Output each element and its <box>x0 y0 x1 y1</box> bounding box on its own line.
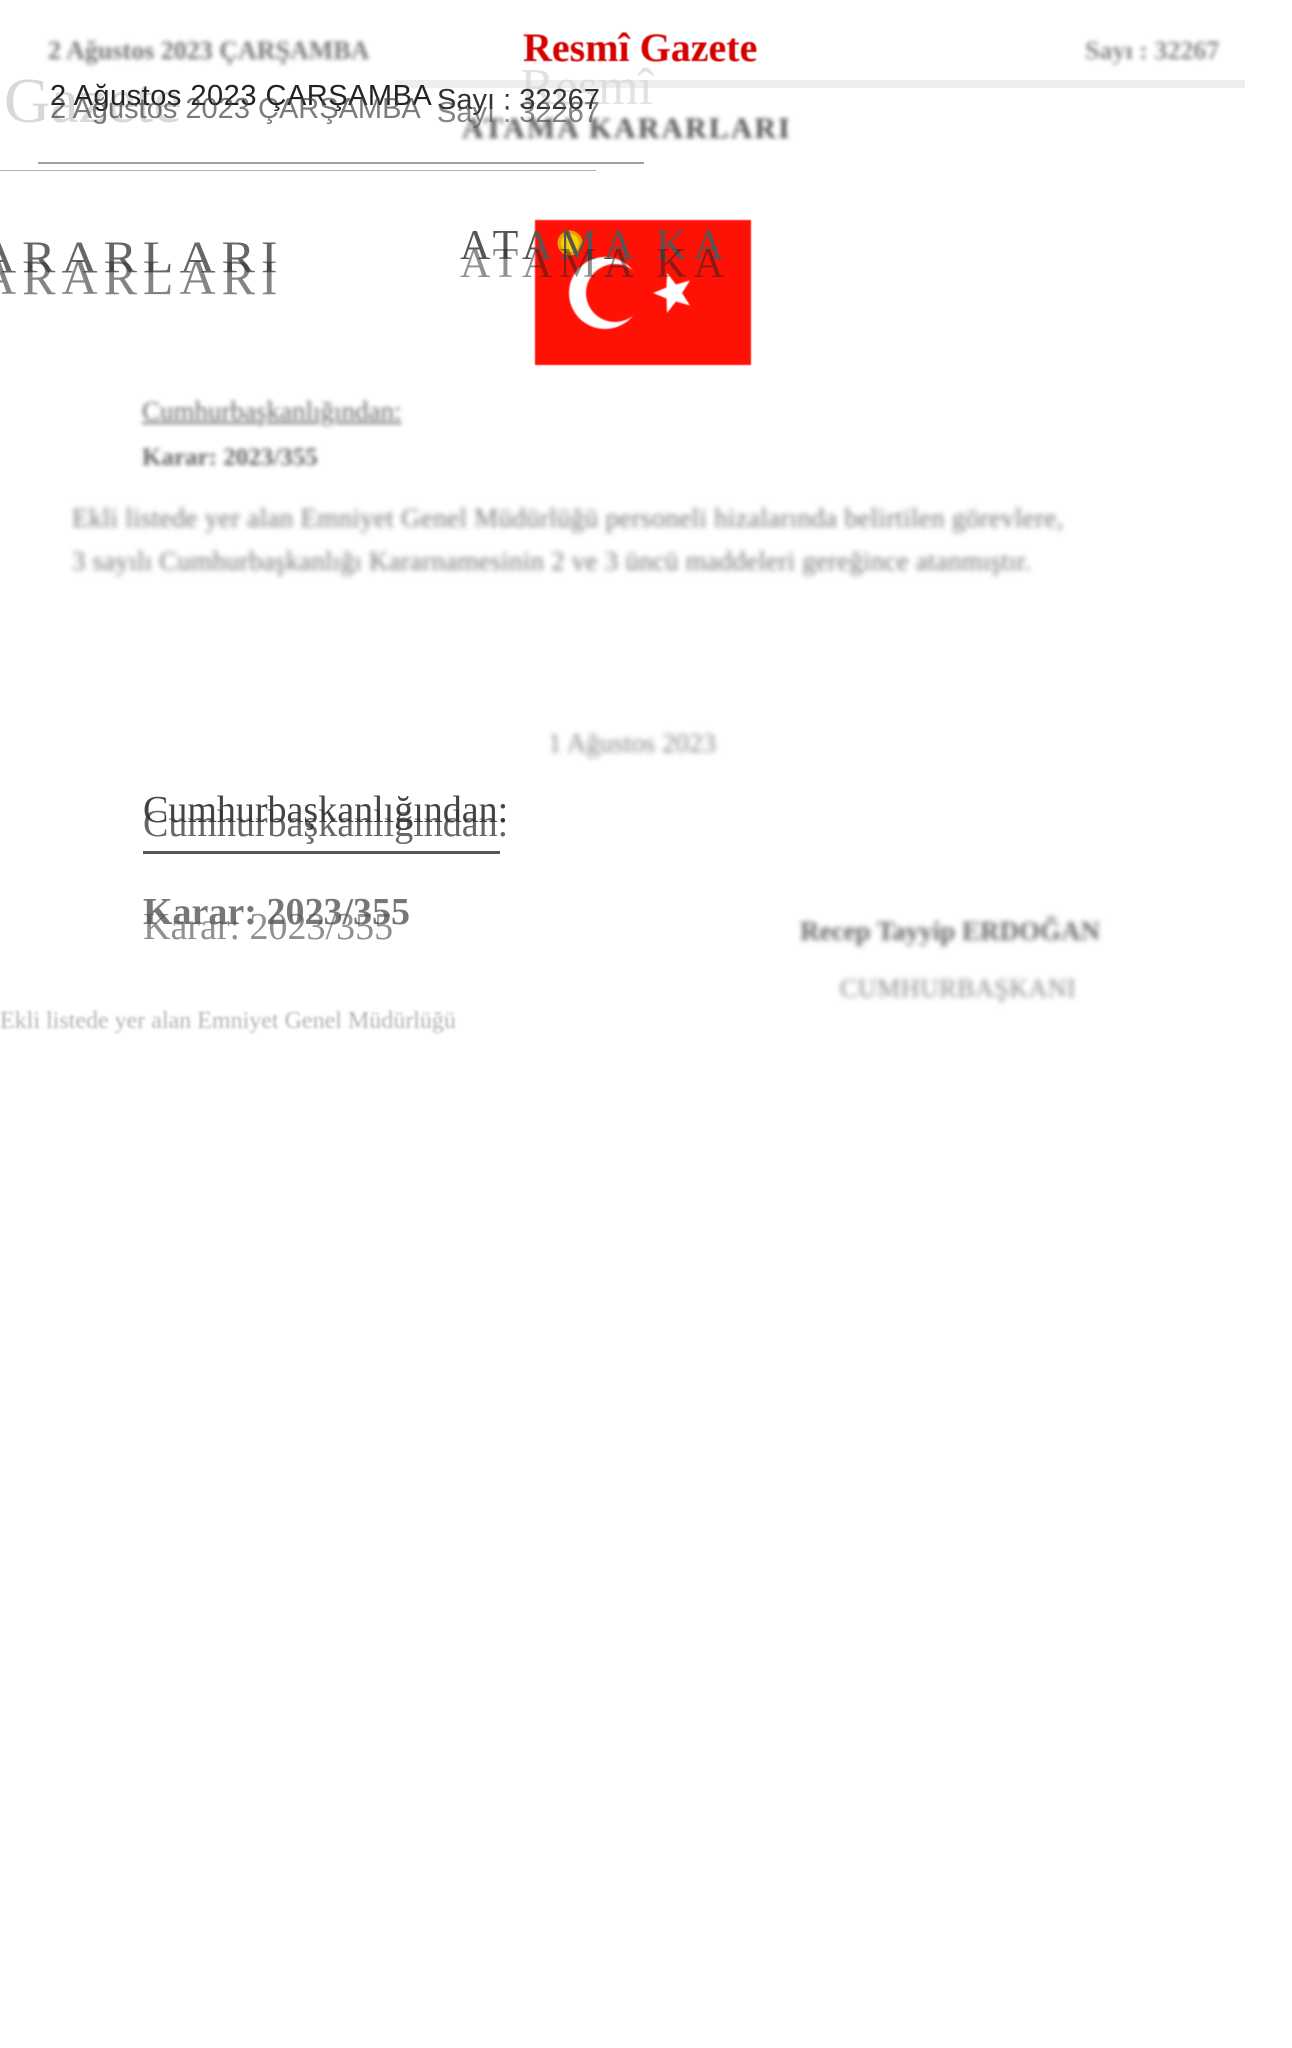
overlay-decision-number-echo: Karar: 2023/355 <box>143 905 393 949</box>
overlay-body-fragment: Ekli listede yer alan Emniyet Genel Müdü… <box>0 1008 456 1035</box>
decision-body-line-1: Ekli listede yer alan Emniyet Genel Müdü… <box>72 503 1064 534</box>
overlay-date-echo: 2 Ağustos 2023 ÇARŞAMBA <box>50 93 421 126</box>
header-rule-secondary <box>0 170 596 171</box>
header-rule <box>38 162 644 164</box>
masthead-date: 2 Ağustos 2023 ÇARŞAMBA <box>48 36 369 66</box>
section-heading-fragment-left-echo: ARARLARI <box>0 248 284 306</box>
decision-body-line-2: 3 sayılı Cumhurbaşkanlığı Kararnamesinin… <box>72 546 1031 577</box>
signer-title: CUMHURBAŞKANI <box>840 974 1076 1004</box>
overlay-decision-issuer-echo: Cumhurbaşkanlığından: <box>143 802 508 846</box>
issuer-underline <box>143 851 500 854</box>
decision-number: Karar: 2023/355 <box>142 444 318 472</box>
decision-date: 1 Ağustos 2023 <box>548 728 716 759</box>
section-heading: ATAMA KARARLARI <box>462 112 792 146</box>
signer-name: Recep Tayyip ERDOĞAN <box>800 916 1100 947</box>
masthead-issue-number: Sayı : 32267 <box>1085 36 1219 66</box>
decision-issuer: Cumhurbaşkanlığından: <box>142 396 401 427</box>
section-heading-fragment-right-echo: ATAMA KA <box>460 240 731 288</box>
